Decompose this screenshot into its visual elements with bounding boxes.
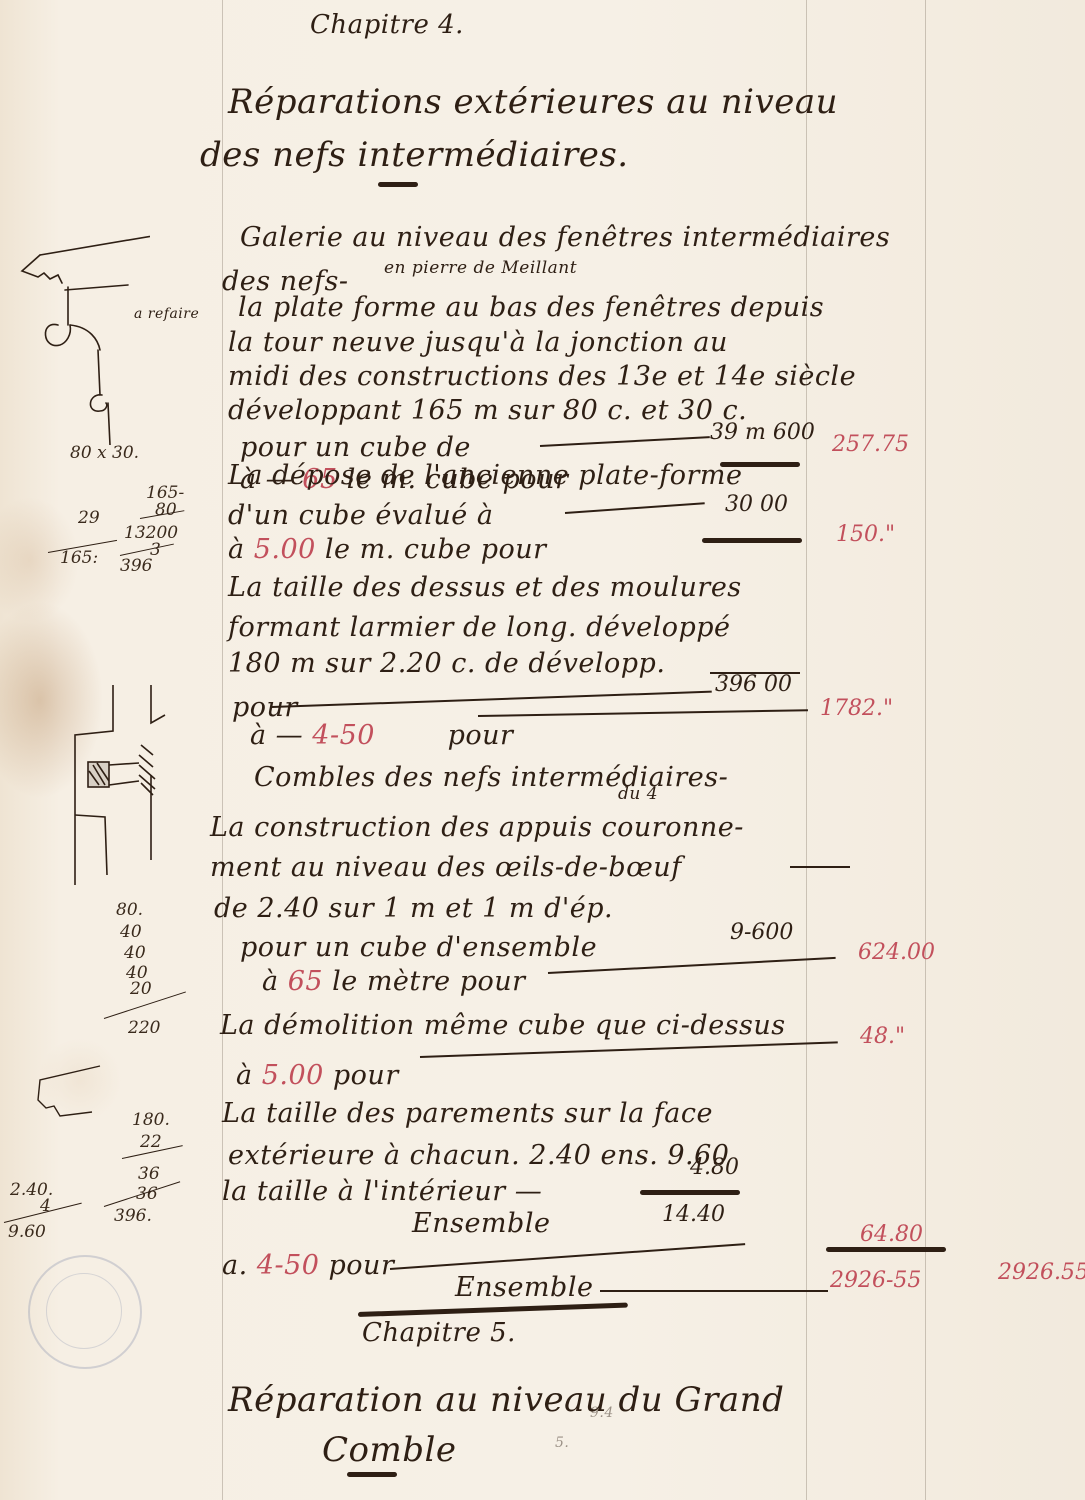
combles-item3-sub2: 4.80: [690, 1155, 739, 1180]
galerie-line-6: développant 165 m sur 80 c. et 30 c.: [228, 395, 747, 426]
item2-total-stroke: [702, 538, 802, 543]
item2-label2: d'un cube évalué à: [228, 500, 493, 531]
combles-item1-value: 9-600: [730, 920, 793, 945]
item3-label1: La taille des dessus et des moulures: [228, 572, 742, 603]
chapter-4-heading: Chapitre 4.: [310, 10, 464, 40]
combles-item3-label3: la taille à l'intérieur —: [222, 1176, 542, 1207]
item1-value: 39 m 600: [710, 420, 815, 445]
galerie-line-1: Galerie au niveau des fenêtres intermédi…: [240, 222, 890, 253]
combles-item2-rate: 5.00: [262, 1060, 324, 1091]
chapter-4-title-line2: des nefs intermédiaires.: [200, 135, 629, 175]
combles-line-3: de 2.40 sur 1 m et 1 m d'ép.: [214, 893, 613, 924]
ensemble-leader-line: [600, 1290, 828, 1292]
combles-strike: [790, 866, 850, 868]
margin-calc3-1: 40: [120, 922, 142, 942]
combles-item3-amount-stroke: [826, 1247, 946, 1252]
margin-calc3-5: 220: [128, 1018, 160, 1038]
item3-value: 396 00: [715, 672, 792, 697]
item2-value: 30 00: [725, 492, 788, 517]
faint-red-note: 9.4: [590, 1405, 614, 1421]
margin-calc3-0: 80.: [116, 900, 143, 920]
item3-amount: 1782.": [820, 696, 893, 721]
item3-rate: 4-50: [312, 720, 375, 751]
margin-calc5-2: 9.60: [8, 1222, 46, 1242]
chapter-4-title-line1: Réparations extérieures au niveau: [228, 82, 838, 122]
combles-item2-rate-prefix: à: [236, 1060, 262, 1091]
cornice-profile-sketch: [10, 225, 150, 445]
ensemble-amount-margin: 2926.55: [998, 1260, 1085, 1285]
margin-calc4-2: 36: [138, 1164, 160, 1184]
galerie-line-3: la plate forme au bas des fenêtres depui…: [238, 292, 824, 323]
item2-label1: La dépose de l'ancienne plate-forme: [228, 460, 743, 491]
combles-item3-total: 14.40: [662, 1202, 725, 1227]
galerie-line-5: midi des constructions des 13e et 14e si…: [228, 361, 856, 392]
chapter-5-title-line1: Réparation au niveau du Grand: [228, 1380, 784, 1420]
item3-rate-line: à — 4-50 pour: [250, 720, 513, 751]
ensemble-label: Ensemble: [455, 1272, 593, 1303]
combles-item3-total-label: Ensemble: [412, 1208, 550, 1239]
combles-item1-rate-suffix: le mètre pour: [323, 966, 526, 997]
margin-calc2-1: 80: [155, 500, 177, 520]
margin-calc-80x30: 80 x 30.: [70, 443, 139, 463]
title-underline: [378, 182, 418, 187]
combles-item1-amount: 624.00: [858, 940, 935, 965]
margin-calc4-0: 180.: [132, 1110, 170, 1130]
item2-rate: 5.00: [254, 534, 316, 565]
stamp-inner-ring: [46, 1273, 122, 1349]
chapter-5-heading: Chapitre 5.: [362, 1318, 516, 1348]
right-column-rule: [925, 0, 926, 1500]
combles-item3-rate: 4-50: [257, 1250, 320, 1281]
margin-calc2-4: 396: [120, 556, 152, 576]
margin-calc2-left-0: 29: [78, 508, 100, 528]
coping-profile-sketch: [20, 1060, 110, 1130]
combles-item3-sum-stroke: [640, 1190, 740, 1195]
combles-item3-amount: 64.80: [860, 1222, 923, 1247]
combles-item1-rate: 65: [288, 966, 323, 997]
combles-item3-label2: extérieure à chacun. 2.40 ens. 9.60: [228, 1140, 729, 1171]
galerie-line-4: la tour neuve jusqu'à la jonction au: [228, 327, 728, 358]
combles-item3-rate-line: a. 4-50 pour: [222, 1250, 394, 1281]
item2-rate-suffix: le m. cube pour: [316, 534, 547, 565]
item3-label4: pour: [232, 692, 298, 723]
item3-label2: formant larmier de long. développé: [228, 612, 731, 643]
combles-item2-label: La démolition même cube que ci-dessus: [220, 1010, 786, 1041]
item1-amount: 257.75: [832, 432, 909, 457]
ensemble-amount: 2926-55: [830, 1268, 921, 1293]
chapter-5-title-line2: Comble: [322, 1430, 456, 1470]
interlinear-note-meillant: en pierre de Meillant: [384, 258, 577, 278]
combles-item2-rate-suffix: pour: [324, 1060, 399, 1091]
wall-section-sketch: [65, 685, 235, 885]
item1-label: pour un cube de: [240, 432, 471, 463]
combles-line-1: La construction des appuis couronne-: [210, 812, 744, 843]
combles-item1-label: pour un cube d'ensemble: [240, 932, 597, 963]
margin-calc4-1: 22: [140, 1132, 162, 1152]
combles-item1-rate-line: à 65 le mètre pour: [262, 966, 526, 997]
item3-label3: 180 m sur 2.20 c. de développ.: [228, 648, 665, 679]
item2-amount: 150.": [836, 522, 895, 547]
margin-calc3-2: 40: [124, 943, 146, 963]
combles-item3-rate-prefix: a.: [222, 1250, 257, 1281]
combles-interlinear-note: du 4: [618, 784, 658, 804]
faint-red-note-2: 5.: [555, 1435, 569, 1451]
item2-rate-prefix: à: [228, 534, 254, 565]
item2-rate-line: à 5.00 le m. cube pour: [228, 534, 547, 565]
combles-item1-rate-prefix: à: [262, 966, 288, 997]
item3-rate-prefix: à —: [250, 720, 312, 751]
combles-item3-label1: La taille des parements sur la face: [222, 1098, 713, 1129]
margin-calc2-left-2: 165:: [60, 548, 98, 568]
margin-calc4-4: 396.: [114, 1206, 152, 1226]
chapter-5-underline: [347, 1472, 397, 1477]
combles-line-2: ment au niveau des œils-de-bœuf: [210, 852, 682, 883]
item3-rate-spacer: pour: [375, 720, 514, 751]
combles-item2-rate-line: à 5.00 pour: [236, 1060, 399, 1091]
library-stamp: [28, 1255, 142, 1369]
combles-item2-amount: 48.": [860, 1024, 905, 1049]
margin-calc3-4: 20: [130, 979, 152, 999]
combles-item3-rate-suffix: pour: [319, 1250, 394, 1281]
